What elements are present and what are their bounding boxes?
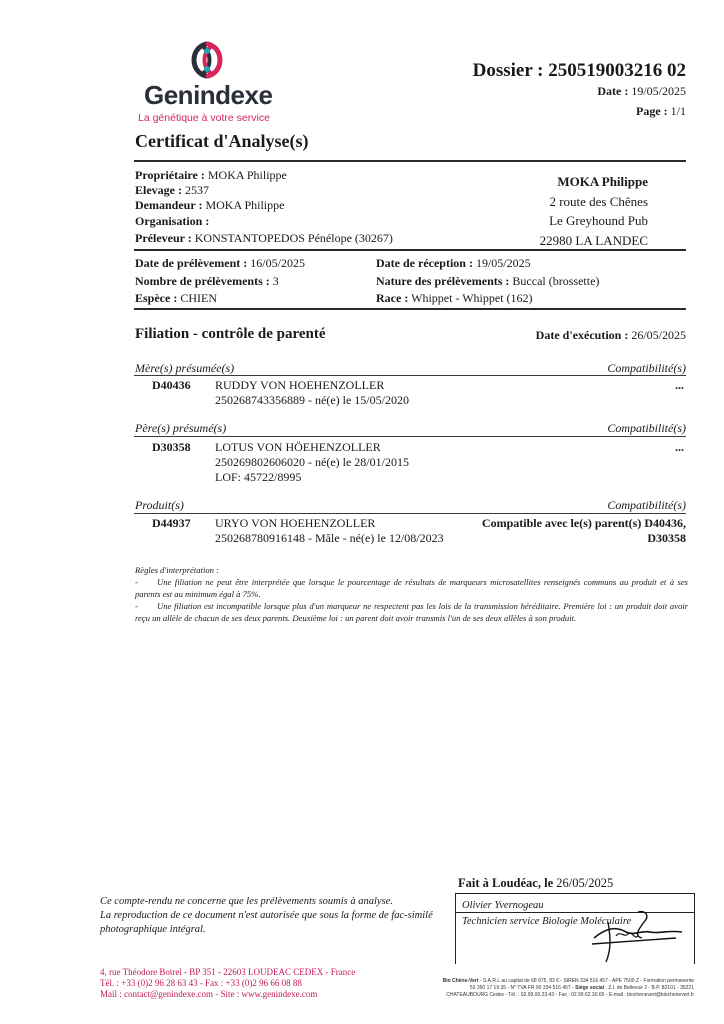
- date-value: 19/05/2025: [631, 84, 686, 98]
- father-header: Père(s) présumé(s): [135, 421, 226, 436]
- fait-date: 26/05/2025: [556, 876, 613, 890]
- section-title: Filiation - contrôle de parenté: [135, 326, 326, 343]
- race: Race : Whippet - Whippet (162): [376, 290, 533, 306]
- address-line-2: Le Greyhound Pub: [540, 211, 648, 231]
- field-value: MOKA Philippe: [208, 168, 287, 182]
- product-header: Produit(s): [135, 498, 184, 513]
- elevage-field: Elevage : 2537: [135, 182, 209, 198]
- dossier-value: 250519003216 02: [548, 60, 686, 81]
- father-detail: 250269802606020 - né(e) le 28/01/2015: [215, 455, 409, 470]
- mother-compat: ...: [675, 378, 684, 393]
- field-value: 19/05/2025: [476, 256, 531, 270]
- signer-name: Olivier Yvernogeau: [462, 900, 544, 911]
- product-entry: URYO VON HOEHENZOLLER 250268780916148 - …: [215, 516, 444, 546]
- interpretation-rules: Règles d'interprétation : -Une filiation…: [135, 564, 688, 624]
- company-name: Bio Chêne-Vert: [443, 978, 479, 984]
- field-label: Nature des prélèvements :: [376, 274, 509, 288]
- dna-logo-icon: [178, 40, 238, 80]
- page-label: Page :: [636, 104, 668, 118]
- divider: [134, 308, 686, 310]
- dash: -: [135, 600, 157, 612]
- father-name: LOTUS VON HÖEHENZOLLER: [215, 440, 409, 455]
- field-value: Buccal (brossette): [512, 274, 599, 288]
- mother-header: Mère(s) présumée(s): [135, 361, 234, 376]
- disclaimer-line-2: La reproduction de ce document n'est aut…: [100, 909, 433, 923]
- compat-header: Compatibilité(s): [607, 421, 686, 436]
- address-line-3: 22980 LA LANDEC: [540, 231, 648, 251]
- footer-legal: Bio Chêne-Vert - S.A.R.L au capital de 6…: [392, 978, 694, 999]
- field-label: Elevage :: [135, 183, 182, 197]
- disclaimer: Ce compte-rendu ne concerne que les prél…: [100, 895, 433, 937]
- divider: [134, 375, 686, 376]
- dash: -: [135, 576, 157, 588]
- preleveur-field: Préleveur : KONSTANTOPEDOS Pénélope (302…: [135, 230, 393, 246]
- mother-name: RUDDY VON HOEHENZOLLER: [215, 378, 409, 393]
- date-prelevement: Date de prélèvement : 16/05/2025: [135, 255, 305, 271]
- mother-entry: RUDDY VON HOEHENZOLLER 250268743356889 -…: [215, 378, 409, 408]
- dossier-number: Dossier : 250519003216 02: [473, 60, 686, 82]
- product-name: URYO VON HOEHENZOLLER: [215, 516, 444, 531]
- logo-name: Genindexe: [144, 80, 272, 111]
- nombre-prelevements: Nombre de prélèvements : 3: [135, 273, 279, 289]
- espece: Espèce : CHIEN: [135, 290, 217, 306]
- rule-2-text: Une filiation est incompatible lorsque p…: [135, 601, 688, 623]
- field-value: CHIEN: [180, 291, 217, 305]
- compat-line-1: Compatible avec le(s) parent(s) D40436,: [482, 516, 686, 531]
- field-value: Whippet - Whippet (162): [411, 291, 532, 305]
- signature-box: Olivier Yvernogeau Technicien service Bi…: [455, 893, 695, 964]
- divider: [134, 249, 686, 251]
- date-reception: Date de réception : 19/05/2025: [376, 255, 531, 271]
- handwritten-signature-icon: [586, 908, 686, 964]
- rule-1: -Une filiation ne peut être interprétée …: [135, 576, 688, 600]
- product-compat: Compatible avec le(s) parent(s) D40436, …: [482, 516, 686, 546]
- divider: [134, 513, 686, 514]
- field-value: 2537: [185, 183, 209, 197]
- field-label: Propriétaire :: [135, 168, 205, 182]
- dossier-label: Dossier :: [473, 60, 544, 81]
- field-value: 3: [273, 274, 279, 288]
- legal-line-2b: : Z.I. de Bellevue 2 - B.P. 82101 - 3522…: [604, 985, 694, 991]
- father-code: D30358: [152, 440, 191, 455]
- footer-phone: Tél. : +33 (0)2 96 28 63 43 - Fax : +33 …: [100, 978, 355, 989]
- field-label: Date de prélèvement :: [135, 256, 247, 270]
- field-label: Date de réception :: [376, 256, 473, 270]
- field-value: KONSTANTOPEDOS Pénélope (30267): [195, 231, 393, 245]
- footer-contact: 4, rue Théodore Botrel - BP 351 - 22603 …: [100, 967, 355, 1000]
- field-label: Préleveur :: [135, 231, 192, 245]
- fait-a: Fait à Loudéac, le 26/05/2025: [458, 876, 613, 891]
- divider: [134, 160, 686, 162]
- certificate-title: Certificat d'Analyse(s): [135, 131, 308, 152]
- recipient-name: MOKA Philippe: [540, 172, 648, 192]
- recipient-address: MOKA Philippe 2 route des Chênes Le Grey…: [540, 172, 648, 250]
- execution-date: Date d'exécution : 26/05/2025: [536, 328, 686, 343]
- page-value: 1/1: [671, 104, 686, 118]
- legal-line-2a: 53 350 17 19 35 - N° TVA FR 90 334 516 4…: [470, 985, 575, 991]
- father-lof: LOF: 45722/8995: [215, 470, 409, 485]
- legal-line-1: - S.A.R.L au capital de 68 975, 83 € - S…: [479, 978, 695, 984]
- legal-line-3: CHATEAUBOURG Cedex - Tél. : 02.99.00.33.…: [392, 992, 694, 999]
- field-value: 16/05/2025: [250, 256, 305, 270]
- disclaimer-line-3: photographique intégral.: [100, 923, 433, 937]
- mother-code: D40436: [152, 378, 191, 393]
- field-label: Organisation :: [135, 214, 209, 228]
- demandeur-field: Demandeur : MOKA Philippe: [135, 197, 284, 213]
- exec-label: Date d'exécution :: [536, 328, 629, 342]
- address-line-1: 2 route des Chênes: [540, 192, 648, 212]
- product-detail: 250268780916148 - Mâle - né(e) le 12/08/…: [215, 531, 444, 546]
- father-entry: LOTUS VON HÖEHENZOLLER 250269802606020 -…: [215, 440, 409, 485]
- nature-prelevements: Nature des prélèvements : Buccal (brosse…: [376, 273, 599, 289]
- rule-2: -Une filiation est incompatible lorsque …: [135, 600, 688, 624]
- owner-field: Propriétaire : MOKA Philippe: [135, 167, 287, 183]
- footer-address: 4, rue Théodore Botrel - BP 351 - 22603 …: [100, 967, 355, 978]
- header-page: Page : 1/1: [636, 104, 686, 119]
- compat-header: Compatibilité(s): [607, 361, 686, 376]
- field-label: Race :: [376, 291, 408, 305]
- disclaimer-line-1: Ce compte-rendu ne concerne que les prél…: [100, 895, 433, 909]
- date-label: Date :: [597, 84, 628, 98]
- field-label: Nombre de prélèvements :: [135, 274, 270, 288]
- product-code: D44937: [152, 516, 191, 531]
- rule-1-text: Une filiation ne peut être interprétée q…: [135, 577, 688, 599]
- rules-title: Règles d'interprétation :: [135, 564, 688, 576]
- field-value: MOKA Philippe: [205, 198, 284, 212]
- field-label: Demandeur :: [135, 198, 202, 212]
- compat-header: Compatibilité(s): [607, 498, 686, 513]
- logo-tagline: La génétique à votre service: [138, 112, 270, 124]
- compat-line-2: D30358: [482, 531, 686, 546]
- mother-detail: 250268743356889 - né(e) le 15/05/2020: [215, 393, 409, 408]
- divider: [134, 436, 686, 437]
- fait-label: Fait à Loudéac, le: [458, 876, 553, 890]
- father-compat: ...: [675, 440, 684, 455]
- field-label: Espèce :: [135, 291, 177, 305]
- exec-value: 26/05/2025: [631, 328, 686, 342]
- siege-label: Siège social: [575, 985, 604, 991]
- footer-mail: Mail : contact@genindexe.com - Site : ww…: [100, 989, 355, 1000]
- organisation-field: Organisation :: [135, 213, 209, 229]
- header-date: Date : 19/05/2025: [597, 84, 686, 99]
